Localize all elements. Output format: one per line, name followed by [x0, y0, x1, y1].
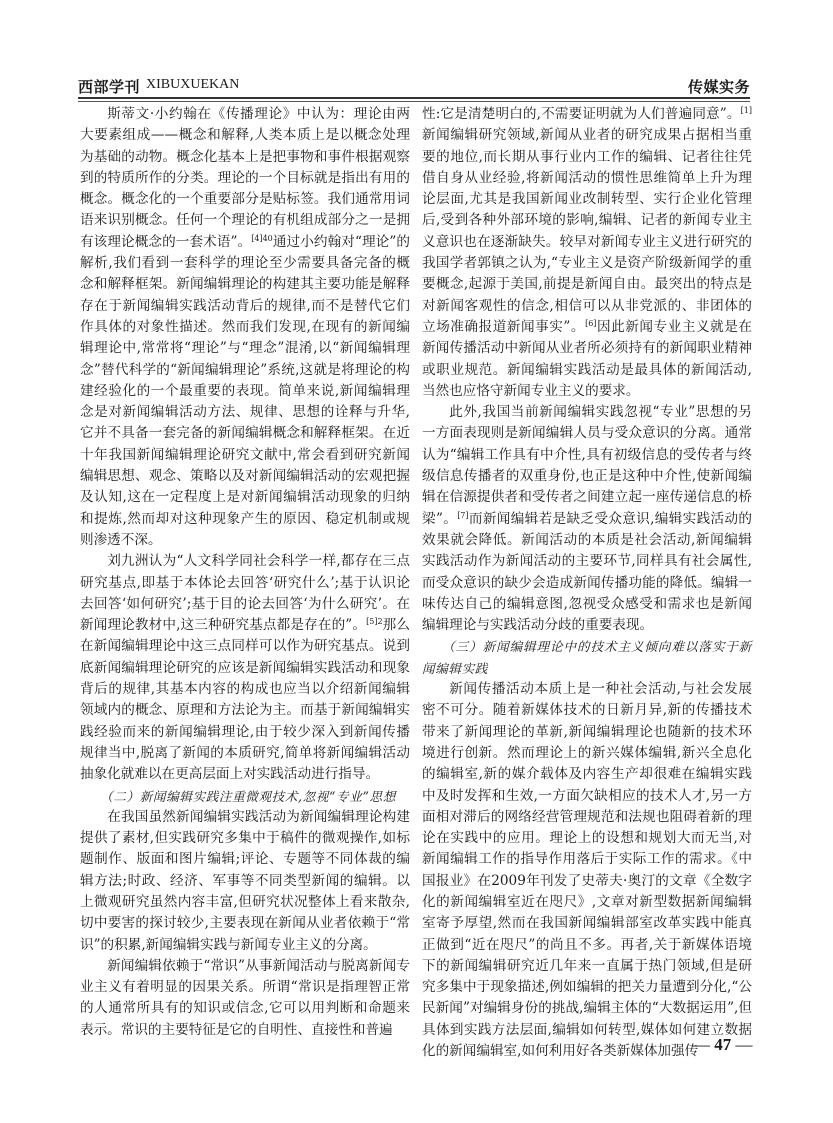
paragraph-text: 通过小约翰对“理论”的解析,我们看到一套科学的理论至少需要具备完备的概念和解释框…: [80, 234, 410, 548]
paragraph-text: 性:它是清楚明白的,不需要证明就为人们普遍同意”。: [422, 106, 741, 122]
paragraph-text: 刘九洲认为“人文科学同社会科学一样,都存在三点研究基点,即基于本体论去回答‘研究…: [80, 553, 410, 633]
paragraph: 此外,我国当前新闻编辑实践忽视“专业”思想的另一方面表现则是新闻编辑人员与受众意…: [422, 402, 752, 636]
dash-left: —: [693, 1035, 710, 1054]
journal-pinyin: XIBUXUEKAN: [146, 77, 239, 93]
paragraph: 斯蒂文·小约翰在《传播理论》中认为：理论由两大要素组成——概念和解释,人类本质上…: [80, 104, 410, 551]
citation-ref: [5]2: [366, 617, 382, 626]
paragraph-text: 此外,我国当前新闻编辑实践忽视“专业”思想的另一方面表现则是新闻编辑人员与受众意…: [422, 404, 752, 526]
paragraph: 新闻传播活动本质上是一种社会活动,与社会发展密不可分。随着新媒体技术的日新月异,…: [422, 679, 752, 1062]
section-title: 传媒实务: [688, 76, 750, 97]
paragraph-text: 斯蒂文·小约翰在《传播理论》中认为：理论由两大要素组成——概念和解释,人类本质上…: [80, 106, 410, 250]
journal-title: 西部学刊: [78, 76, 140, 97]
paragraph: 刘九洲认为“人文科学同社会科学一样,都存在三点研究基点,即基于本体论去回答‘研究…: [80, 551, 410, 785]
subsection-heading: （二）新闻编辑实践注重微观技术,忽视“专业”思想: [80, 786, 410, 807]
paragraph-text: 那么在新闻编辑理论中这三点同样可以作为研究基点。说到底新闻编辑理论研究的应该是新…: [80, 617, 410, 782]
header-rule-thick: [78, 97, 750, 99]
paragraph: 新闻编辑依赖于“常识”从事新闻活动与脱离新闻专业主义有着明显的因果关系。所谓“常…: [80, 956, 410, 1041]
paragraph-text: 新闻编辑研究领域,新闻从业者的研究成果占据相当重要的地位,而长期从事行业内工作的…: [422, 127, 752, 335]
citation-ref: [6]: [585, 319, 596, 328]
right-column: 性:它是清楚明白的,不需要证明就为人们普遍同意”。[1]新闻编辑研究领域,新闻从…: [422, 104, 752, 1062]
left-column: 斯蒂文·小约翰在《传播理论》中认为：理论由两大要素组成——概念和解释,人类本质上…: [80, 104, 410, 1041]
running-header: 西部学刊 XIBUXUEKAN 传媒实务: [78, 76, 750, 96]
paragraph-text: 而新闻编辑若是缺乏受众意识,编辑实践活动的效果就会降低。新闻活动的本质是社会活动…: [422, 511, 752, 633]
page-number-value: 47: [714, 1035, 731, 1054]
subsection-heading: （三）新闻编辑理论中的技术主义倾向难以落实于新闻编辑实践: [422, 636, 752, 679]
citation-ref: [1]: [741, 106, 752, 115]
dash-right: —: [736, 1035, 753, 1054]
paragraph: 在我国虽然新闻编辑实践活动为新闻编辑理论构建提供了素材,但实践研究多集中于稿件的…: [80, 807, 410, 956]
citation-ref: [7]: [457, 511, 468, 520]
citation-ref: [4]40: [251, 234, 273, 243]
header-rule-thin: [78, 101, 750, 102]
paragraph: 性:它是清楚明白的,不需要证明就为人们普遍同意”。[1]新闻编辑研究领域,新闻从…: [422, 104, 752, 402]
page-number: — 47 —: [693, 1035, 753, 1055]
